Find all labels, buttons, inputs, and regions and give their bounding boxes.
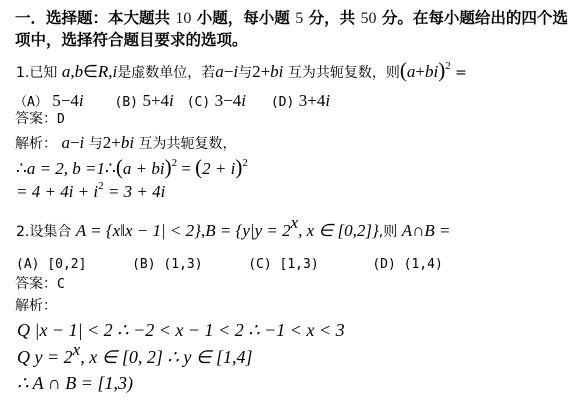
question-2-options: (A) [0,2] (B) (1,3) (C) [1,3) (D) (1,4) [16,256,443,274]
option-value: 5−4 [52,91,79,110]
math-var: a [215,62,224,81]
stem-text: 是虚数单位，若 [117,65,215,81]
math-expr: = 3 + 4i [104,182,166,201]
question-2-analysis-label: 解析： [15,297,57,315]
heading-text: 分，共 [303,9,360,27]
math-var: R [98,62,108,81]
math-op: = [177,159,195,178]
math-expr: a + bi [123,159,165,178]
option-value: i [325,91,330,110]
heading-text: 分。在每小题给出的四个选 [377,9,568,27]
math-exponent: 2 [445,60,451,72]
option-a[interactable]: (A) [0,2] [16,257,86,272]
question-2-stem: 2.设集合 A = {x‖x − 1| < 2},B = {y|y = 2x, … [16,222,450,241]
math-var: bi [425,62,438,81]
question-1-analysis-line1: 解析： a−i 与2+bi 互为共轭复数， [15,134,237,153]
option-value: 3+4 [299,91,326,110]
option-label: (C) [187,95,210,110]
therefore-symbol: ∴ [16,159,27,178]
set-a-definition: A = {x‖x − 1| < 2} [76,221,201,240]
answer-label: 答案： [15,111,57,127]
question-2-analysis-line1: Q |x − 1| < 2 ∴ −2 < x − 1 < 2 ∴ −1 < x … [17,321,345,339]
option-value: (1,3) [163,257,202,272]
math-expr: a = 2, b =1 [27,159,105,178]
option-value: [0,2] [47,257,86,272]
math-expr: Q y = 2 [17,347,73,367]
math-var: b [75,62,84,81]
question-1-analysis-line3: = 4 + 4i + i2 = 3 + 4i [16,183,165,202]
option-a[interactable]: （A） 5−4i [14,94,84,110]
option-b[interactable]: (B) 5+4i [115,94,174,110]
math-num: 2+ [252,62,270,81]
math-op: = [455,65,467,81]
math-expr: A∩B = [402,221,451,240]
analysis-text: 与 [89,136,103,152]
math-paren: ( [116,155,123,179]
option-label: (B) [132,257,155,272]
option-label: (B) [115,95,138,110]
math-expr: = 4 + 4i + i [16,182,98,201]
question-1-answer: 答案：D [15,110,65,129]
math-op: ∈ [83,62,98,81]
answer-label: 答案： [15,276,57,292]
answer-value: C [57,277,65,292]
stem-text: 设集合 [29,224,71,240]
question-1-stem: 1.已知 a,b∈R,i是虚数单位，若a−i与2+bi 互为共轭复数，则(a+b… [16,61,467,82]
option-value: i [79,91,84,110]
option-value: 3−4 [215,91,242,110]
set-b-definition: B = {y|y = 2 [205,221,290,240]
option-label: （A） [14,95,48,110]
option-value: 5+4 [142,91,169,110]
question-1-analysis-line2: ∴a = 2, b =1∴(a + bi)2 = (2 + i)2 [16,158,248,179]
option-label: (D) [271,95,294,110]
math-exponent: 2 [242,157,248,169]
option-b[interactable]: (B) (1,3) [132,257,202,272]
option-value: i [169,91,174,110]
option-label: (C) [248,257,271,272]
option-value: i [241,91,246,110]
math-paren: ( [400,58,407,82]
analysis-label: 解析： [15,136,57,152]
math-exponent: x [291,213,299,232]
math-op: − [224,62,234,81]
question-2-answer: 答案：C [15,275,65,294]
stem-text: ,则 [379,224,397,240]
math-paren: ) [165,155,172,179]
question-1-options: （A） 5−4i (B) 5+4i (C) 3−4i (D) 3+4i [14,92,330,112]
question-count: 10 [175,10,191,27]
set-b-definition: , x ∈ [0,2]} [298,221,379,240]
stem-text: 已知 [29,65,57,81]
math-op: + [415,62,425,81]
question-number: 1. [16,65,29,81]
option-value: (1,4) [404,257,443,272]
heading-text: 一．选择题：本大题共 [15,9,175,27]
stem-text: 互为共轭复数，则 [288,65,400,81]
points-each: 5 [295,10,303,27]
option-d[interactable]: (D) 3+4i [271,94,330,110]
question-2-analysis-line3: ∴ A ∩ B = [1,3) [17,374,133,392]
option-value: [1,3) [280,257,319,272]
heading-text: 小题，每小题 [191,9,295,27]
math-expr: , x ∈ [0, 2] ∴ y ∈ [1,4] [80,347,252,367]
answer-value: D [57,112,65,127]
option-d[interactable]: (D) (1,4) [372,257,442,272]
stem-text: 与 [238,65,252,81]
question-number: 2. [16,224,29,240]
math-expr: 2 + i [202,159,235,178]
points-total: 50 [361,10,377,27]
option-c[interactable]: (C) [1,3) [248,257,318,272]
analysis-text: 互为共轭复数， [139,136,237,152]
option-label: (D) [372,257,395,272]
option-label: (A) [16,257,39,272]
section-heading: 一．选择题：本大题共 10 小题，每小题 5 分，共 50 分。在每小题给出的四… [15,9,568,28]
math-var: bi [270,62,283,81]
option-c[interactable]: (C) 3−4i [187,94,246,110]
section-heading-line2: 项中，选择符合题目要求的选项。 [15,31,248,49]
question-2-analysis-line2: Q y = 2x, x ∈ [0, 2] ∴ y ∈ [1,4] [17,348,253,368]
therefore-symbol: ∴ [105,159,116,178]
